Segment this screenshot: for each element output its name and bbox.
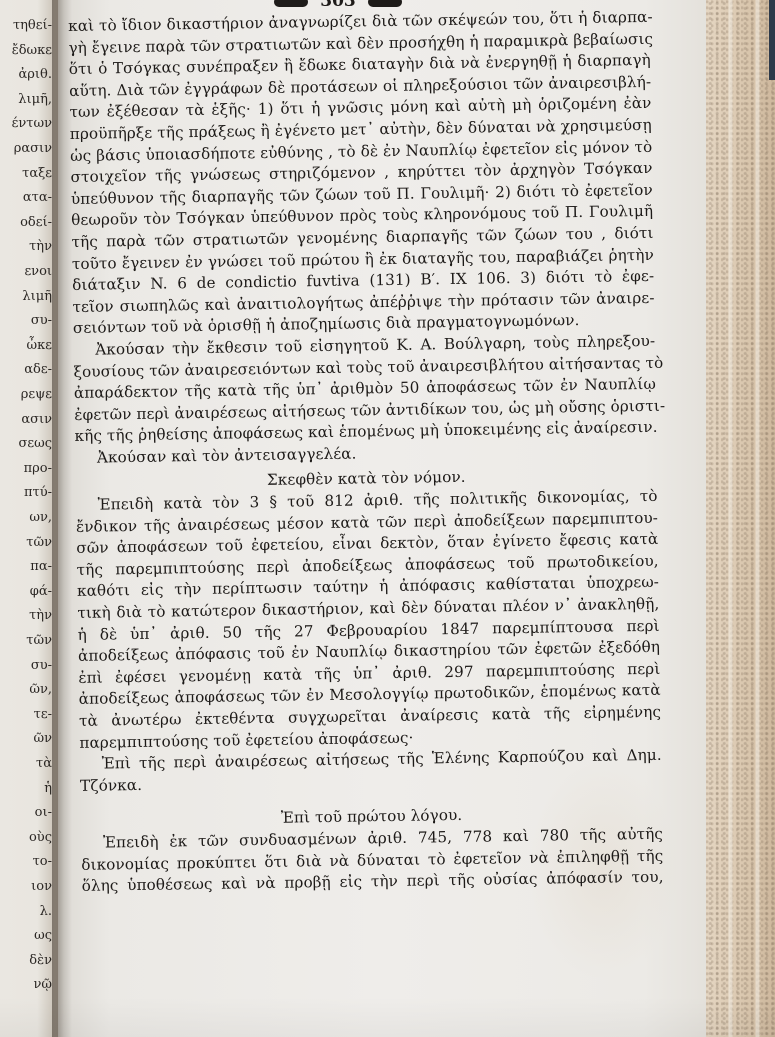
left-page-text-fragment: ἀριθ. [19,67,52,82]
left-page-text-fragment: ρεψε [21,387,52,402]
background-object [769,0,775,80]
left-page-text-fragment: λιμῆ, [18,92,52,107]
left-page-text-fragment: τὴν [29,239,52,254]
left-page-text-fragment: το- [33,854,52,869]
book-photo: τηθεί-ἔδωκεἀριθ.λιμῆ,έντωνρασινταξεατα-ο… [0,0,775,1037]
left-page-text-fragment: ὦκε [27,338,52,353]
left-page-text-fragment: ῶν, [29,682,52,697]
left-page-text-fragment: ων, [29,510,52,525]
left-page-text-fragment: τηθεί- [13,18,52,33]
left-page-text-fragment: προ- [24,461,52,476]
ornament-right-icon [368,0,402,7]
left-page-text-fragment: νῷ [33,977,52,992]
left-page-text-fragment: ταξε [22,166,52,181]
left-page-text-fragment: φά- [30,584,52,599]
left-page-text-fragment: ιον [31,879,52,894]
left-page-text-fragment: συ- [31,313,52,328]
left-page-text-fragment: πα- [30,559,52,574]
left-page-text-fragment: ρασιν [14,141,52,156]
left-page-text-fragment: σεως [19,436,53,451]
left-page-text-fragment: τῶν [26,535,52,550]
left-page-text-fragment: ἡ [44,781,52,796]
left-page-text-fragment: δὲν [29,953,52,968]
left-page-text-fragment: ως [34,928,52,943]
right-page: 303 καὶ τὸ ἴδιον δικαστήριον ἀναγνωρίζει… [58,0,708,1037]
page-number: 303 [320,0,356,11]
body-text: καὶ τὸ ἴδιον δικαστήριον ἀναγνωρίζει διὰ… [68,7,664,898]
left-page-text-fragment: ἔδωκε [12,43,52,58]
page-header: 303 [238,0,438,11]
left-page-text-fragment: ασιν [21,412,52,427]
left-page-text-fragment: τὴν [29,608,52,623]
left-page-text-fragment: λιμῆ [22,289,52,304]
left-page-text-fragment: ατα- [23,190,52,205]
left-page-text-fragment: αδε- [24,362,52,377]
book-gutter-shadow [52,0,72,1037]
left-page-text-fragment: τὰ [36,756,52,771]
ornament-left-icon [274,0,308,7]
left-page-text-fragment: οδεί- [20,215,52,230]
left-page-text-fragment: λ. [40,904,52,919]
page-block-edges [706,0,775,1037]
left-page-text-fragment: πτύ- [24,485,52,500]
left-page-text-fragment: τῶν [26,633,52,648]
left-page-text-fragment: οι- [35,805,52,820]
left-page-text-fragment: ῶν [33,731,52,746]
left-page-text-fragment: οὺς [29,830,52,845]
left-page-text-fragment: τε- [34,707,52,722]
left-page-text-fragment: ενοι [24,264,52,279]
left-page-text-fragment: συ- [31,658,52,673]
left-page-text-fragment: έντων [12,116,52,131]
